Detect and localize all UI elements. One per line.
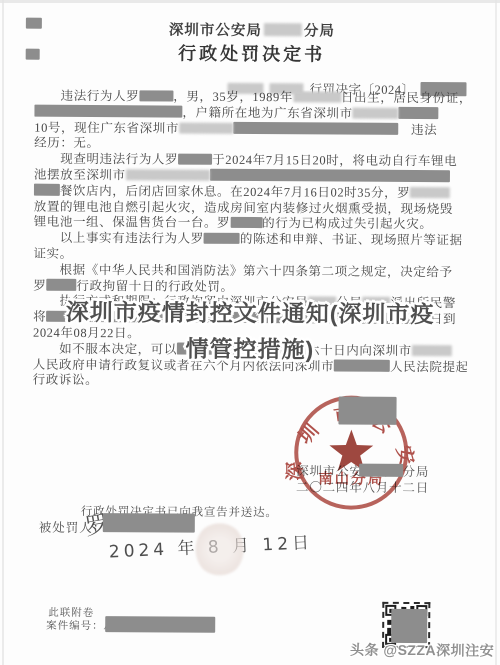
doc-text: 日出生，居民身份证， [341, 91, 469, 106]
redaction-inline [230, 217, 262, 229]
redaction-inline [139, 90, 173, 102]
redaction-inline [233, 122, 398, 135]
redaction-box [359, 464, 403, 477]
overlay-title-line2: 情管控措施) [0, 329, 500, 368]
redaction-box [103, 513, 195, 533]
doc-text: 的行为已构成过失引起火灾。 [262, 216, 432, 231]
doc-text: 于2024年7月15日20时，将电动自行车锂电 [212, 153, 457, 168]
redaction-box [338, 397, 396, 425]
doc-text: 行政拘留十日的行政处罚。 [76, 279, 233, 294]
doc-line: 行政诉讼。 [33, 373, 467, 391]
doc-text: 违法 [398, 122, 437, 136]
agency-district-redaction [264, 23, 302, 36]
doc-text: 的陈述和申辩、书证、现场照片等证据 [240, 232, 463, 247]
doc-text: 根据《中华人民共和国消防法》第六十四条第二项之规定，决定给予 [33, 262, 452, 279]
redaction-inline [353, 107, 399, 118]
doc-text: 经历：无。 [34, 136, 100, 150]
doc-text: 证实。 [33, 247, 72, 261]
doc-text: 锂电池一组、保温售货台一台。罗 [34, 215, 231, 230]
agency-name-suffix: 分局 [304, 19, 335, 40]
doc-text: ，户籍所在地为广东省深圳市 [182, 105, 352, 120]
doc-text: 现查明违法行为人罗 [34, 152, 178, 167]
doc-text: 违法行为人罗 [34, 89, 139, 104]
doc-text: 以上事实有违法行为人罗 [34, 231, 204, 246]
redaction-inline [399, 107, 439, 119]
overlay-watermark-title: 深圳市疫情封控文件通知(深圳市疫 情管控措施) [0, 293, 500, 368]
agency-name-prefix: 深圳市公安局 [169, 18, 262, 40]
doc-text: 罗 [33, 278, 46, 292]
redaction-inline [293, 91, 341, 102]
redaction-box [26, 49, 40, 60]
doc-text: 放置的锂电池自燃引起火灾，造成房间室内装修过火烟熏受损，现场烧毁 [34, 199, 453, 216]
document-title: 行政处罚决定书 [2, 38, 500, 67]
redaction-inline [210, 169, 450, 182]
redaction-inline [126, 169, 210, 181]
redaction-inline [204, 232, 240, 244]
redaction-inline [178, 153, 212, 165]
doc-line: 以上事实有违法行为人罗的陈述和申辩、书证、现场照片等证据 [34, 231, 468, 249]
overlay-title-line1: 深圳市疫情封控文件通知(深圳市疫 [0, 293, 500, 332]
penalty-decision-document: 深圳市公安局 分局 行政处罚决定书 行罚决字〔2024〕 违法行为人罗，男，35… [0, 0, 500, 665]
thumbprint-mark [196, 522, 244, 577]
redaction-inline [46, 279, 76, 291]
document-photo: 深圳市公安局 分局 行政处罚决定书 行罚决字〔2024〕 违法行为人罗，男，35… [0, 0, 500, 665]
redaction-inline [34, 105, 182, 117]
doc-text: 池摆放至深圳市 [34, 168, 126, 183]
redaction-inline [410, 187, 450, 198]
doc-text: ，男，35岁，1989年 [173, 90, 293, 105]
redaction-box [391, 609, 427, 643]
redaction-inline [34, 184, 60, 196]
issuing-agency-line: 深圳市公安局 分局 [2, 17, 500, 41]
redaction-inline [179, 122, 233, 133]
doc-text: 10号，现住广东省深圳市 [34, 120, 179, 135]
doc-text: 餐饮店内，后闭店回家休息。在2024年7月16日02时35分，罗 [60, 184, 411, 200]
redaction-box [105, 616, 215, 633]
redaction-box [26, 18, 42, 29]
doc-text: 行政诉讼。 [33, 373, 99, 387]
